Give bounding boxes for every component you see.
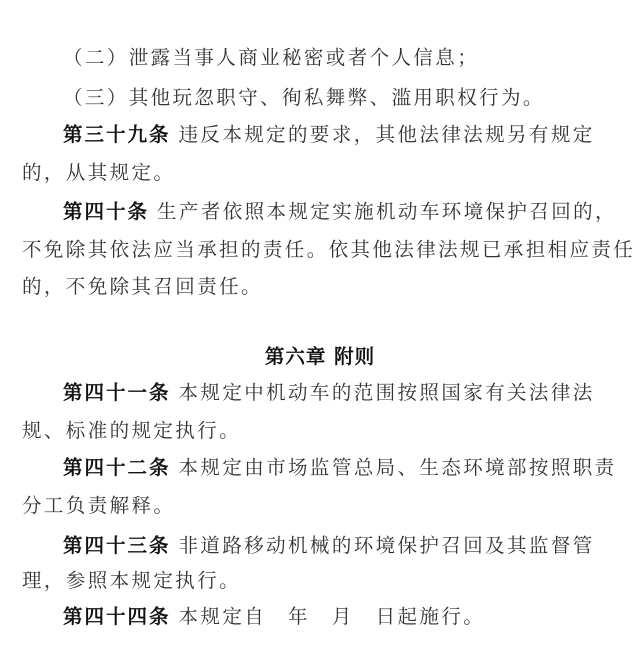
article-40: 第四十条生产者依照本规定实施机动车环境保护召回的， — [63, 200, 640, 224]
article-41: 第四十一条本规定中机动车的范围按照国家有关法律法 — [63, 381, 640, 405]
list-item-3: （三）其他玩忽职守、徇私舞弊、滥用职权行为。 — [63, 86, 640, 110]
article-text: 本规定自 年 月 日起施行。 — [179, 605, 486, 628]
article-40-cont: 不免除其依法应当承担的责任。依其他法律法规已承担相应责任 — [22, 238, 622, 262]
article-label: 第四十条 — [63, 200, 149, 223]
article-label: 第四十二条 — [63, 456, 171, 479]
article-43-cont: 理，参照本规定执行。 — [22, 569, 622, 593]
article-label: 第三十九条 — [63, 123, 171, 146]
article-text: 本规定由市场监管总局、生态环境部按照职责 — [179, 456, 617, 479]
article-41-cont: 规、标准的规定执行。 — [22, 419, 622, 443]
article-label: 第四十三条 — [63, 534, 171, 557]
article-text: 本规定中机动车的范围按照国家有关法律法 — [179, 381, 595, 404]
article-label: 第四十四条 — [63, 605, 171, 628]
article-text: 违反本规定的要求，其他法律法规另有规定 — [179, 123, 595, 146]
article-40-cont2: 的，不免除其召回责任。 — [22, 275, 622, 299]
article-39-cont: 的，从其规定。 — [22, 161, 622, 185]
chapter-title: 第六章 附则 — [0, 345, 640, 369]
article-44: 第四十四条本规定自 年 月 日起施行。 — [63, 605, 640, 629]
article-43: 第四十三条非道路移动机械的环境保护召回及其监督管 — [63, 534, 640, 558]
list-item-2: （二）泄露当事人商业秘密或者个人信息； — [63, 46, 640, 70]
article-text: 非道路移动机械的环境保护召回及其监督管 — [179, 534, 595, 557]
article-42: 第四十二条本规定由市场监管总局、生态环境部按照职责 — [63, 456, 640, 480]
article-label: 第四十一条 — [63, 381, 171, 404]
article-text: 生产者依照本规定实施机动车环境保护召回的， — [157, 200, 617, 223]
document-page: （二）泄露当事人商业秘密或者个人信息； （三）其他玩忽职守、徇私舞弊、滥用职权行… — [0, 0, 640, 659]
article-39: 第三十九条违反本规定的要求，其他法律法规另有规定 — [63, 123, 640, 147]
article-42-cont: 分工负责解释。 — [22, 494, 622, 518]
